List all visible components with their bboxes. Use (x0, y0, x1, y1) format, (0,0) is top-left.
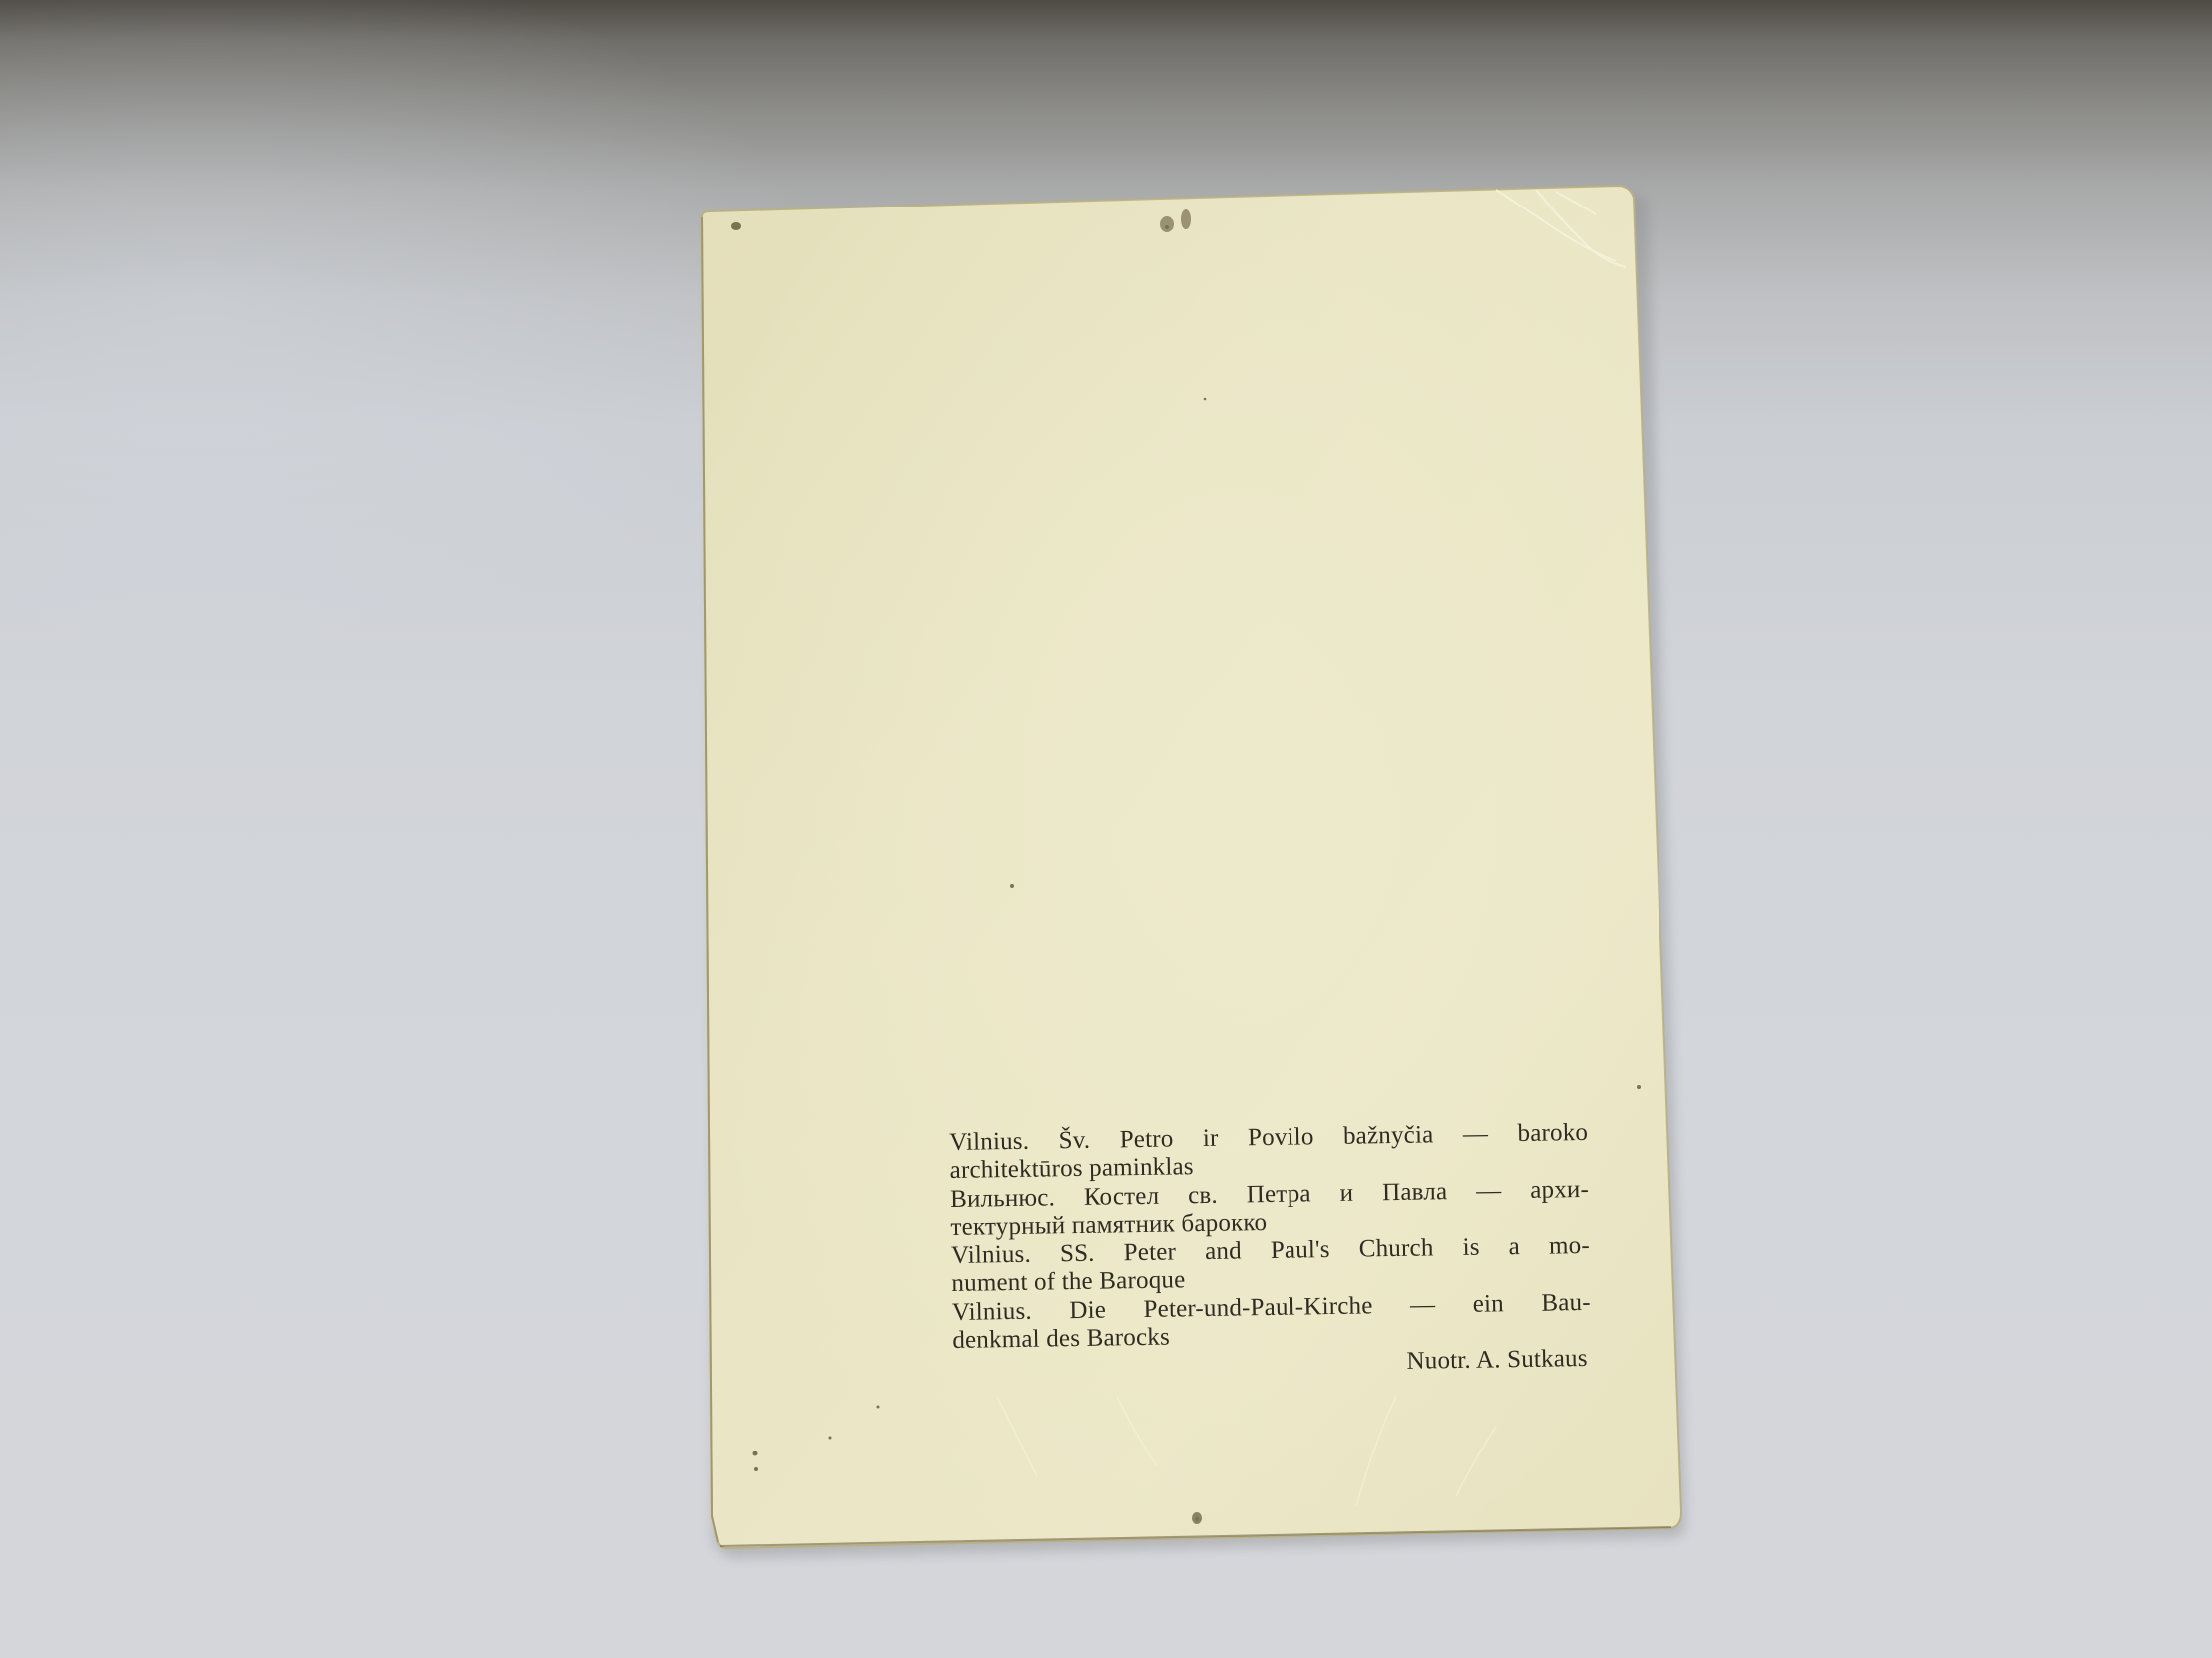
postcard-caption: Vilnius. Šv. Petro ir Povilo bažnyčia — … (949, 1119, 1592, 1384)
postcard (0, 0, 2212, 1658)
photo-scene: Vilnius. Šv. Petro ir Povilo bažnyčia — … (0, 0, 2212, 1658)
